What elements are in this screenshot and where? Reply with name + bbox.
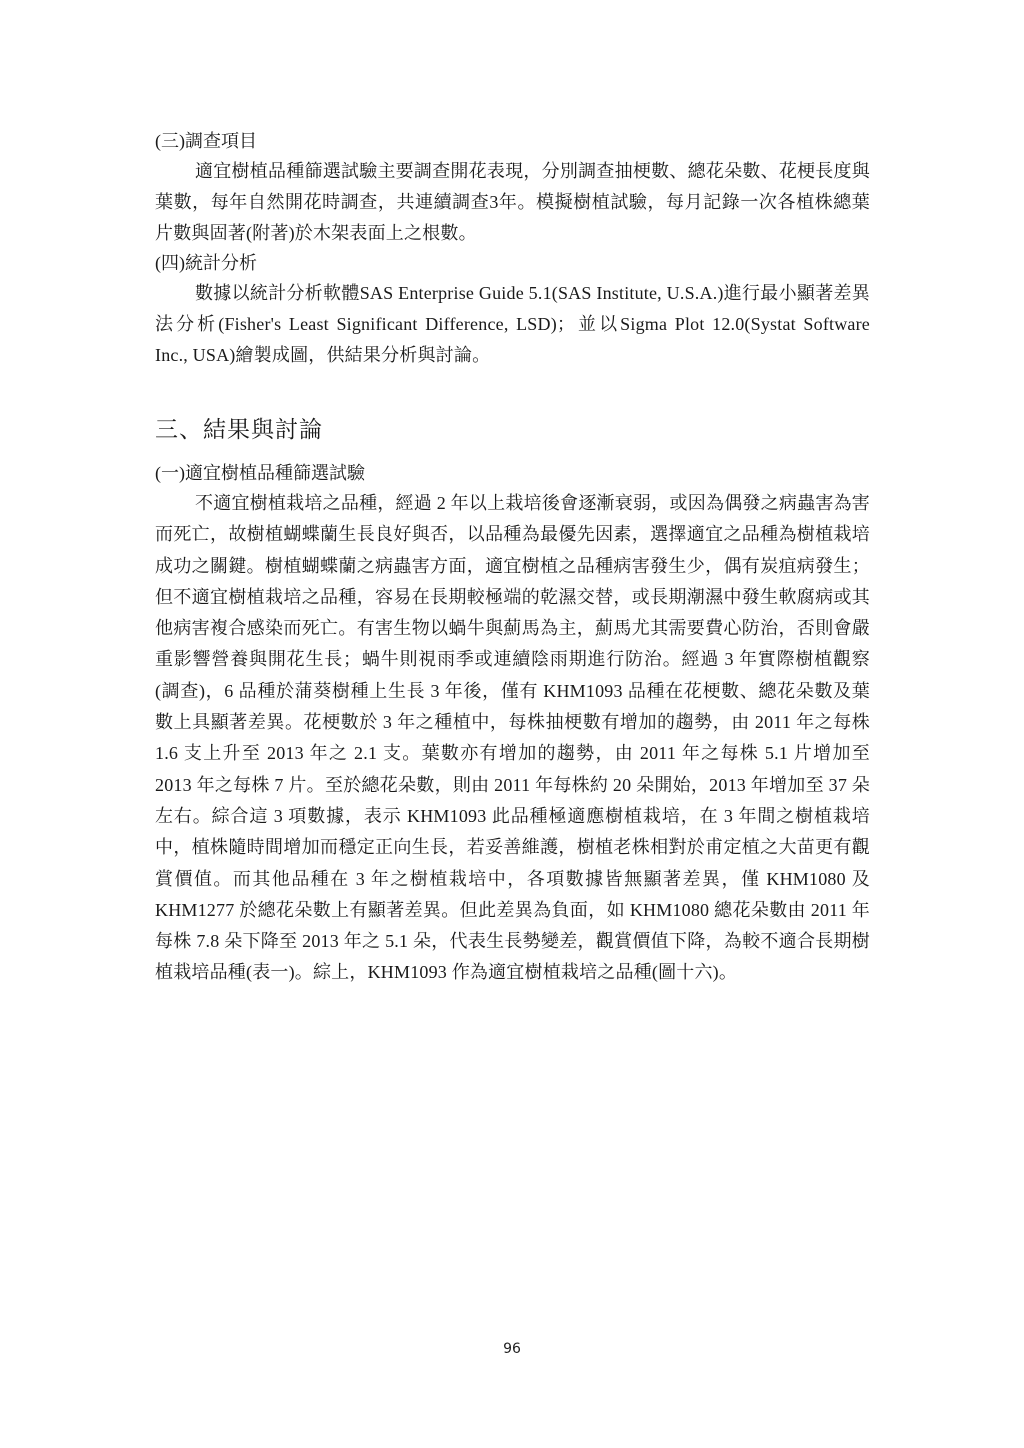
page-number: 96: [0, 1341, 1024, 1357]
subsection-heading-variety-screening: (一)適宜樹植品種篩選試驗: [155, 459, 870, 488]
chapter-title-results-discussion: 三、結果與討論: [155, 415, 870, 445]
paragraph-variety-screening: 不適宜樹植栽培之品種，經過 2 年以上栽培後會逐漸衰弱，或因為偶發之病蟲害為害而…: [155, 488, 870, 989]
paragraph-survey-items: 適宜樹植品種篩選試驗主要調查開花表現，分別調查抽梗數、總花朵數、花梗長度與葉數，…: [155, 156, 870, 249]
document-page: (三)調查項目 適宜樹植品種篩選試驗主要調查開花表現，分別調查抽梗數、總花朵數、…: [155, 127, 870, 989]
section-heading-survey-items: (三)調查項目: [155, 127, 870, 156]
section-heading-statistics: (四)統計分析: [155, 249, 870, 278]
paragraph-statistics: 數據以統計分析軟體SAS Enterprise Guide 5.1(SAS In…: [155, 278, 870, 371]
